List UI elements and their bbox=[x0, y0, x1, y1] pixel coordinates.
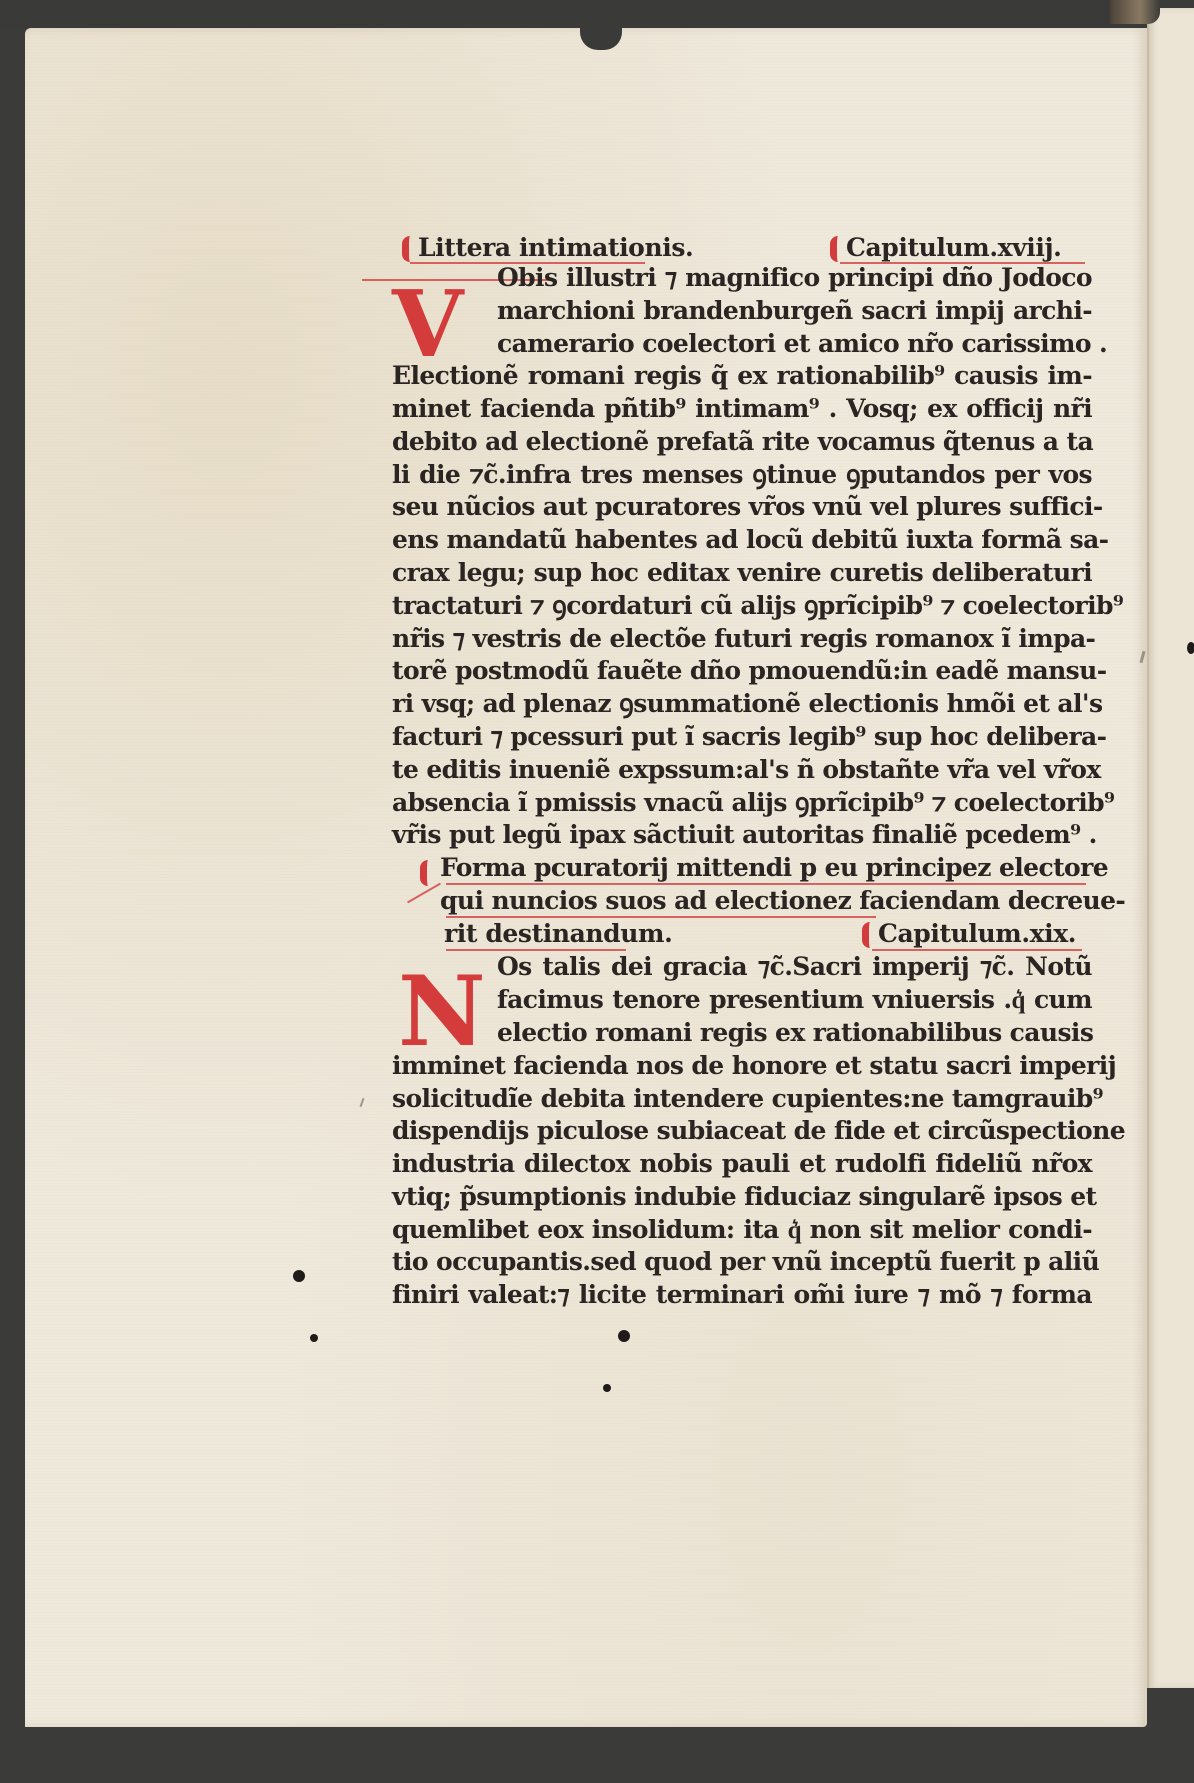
text-line: absencia ĩ pmissis vnacũ alijs ꝯprĩcipib… bbox=[392, 787, 1092, 819]
initial-capital-n: N bbox=[398, 964, 486, 1060]
heading-littera: Littera intimationis. bbox=[418, 232, 693, 264]
text-line: marchioni brandenburgeñ sacri impij arch… bbox=[497, 295, 1092, 327]
text-line: ri vsq; ad plenaz ꝯsummationẽ electionis… bbox=[392, 688, 1092, 720]
text-line: nr̃is ⁊ vestris de electõe futuri regis … bbox=[392, 623, 1092, 655]
text-line: camerario coelectori et amico nr̃o caris… bbox=[497, 328, 1092, 360]
ink-dot bbox=[1187, 642, 1194, 654]
ink-dot bbox=[618, 1330, 630, 1342]
heading-forma-line3: rit destinandum. bbox=[444, 918, 672, 950]
text-line: seu nũcios aut pcuratores vr̃os vnũ vel … bbox=[392, 491, 1092, 523]
text-line: facturi ⁊ pcessuri put ĩ sacris legib⁹ s… bbox=[392, 721, 1092, 753]
heading-forma-line2: qui nuncios suos ad electionez faciendam… bbox=[440, 885, 1092, 917]
paragraph-mark-icon bbox=[862, 922, 879, 948]
text-line: quemlibet eox insolidum: ita q͛ non sit … bbox=[392, 1214, 1092, 1246]
text-line: electio romani regis ex rationabilibus c… bbox=[497, 1017, 1092, 1049]
paragraph-mark-icon bbox=[830, 236, 847, 262]
text-line: tractaturi ⁊ ꝯcordaturi cũ alijs ꝯprĩcip… bbox=[392, 590, 1092, 622]
text-line: ens mandatũ habentes ad locũ debitũ iuxt… bbox=[392, 524, 1092, 556]
text-column: Littera intimationis. Capitulum.xviij. V… bbox=[0, 0, 1194, 1783]
heading-forma-line1: Forma pcuratorij mittendi p eu principez… bbox=[440, 852, 1092, 884]
ink-dot bbox=[293, 1270, 305, 1282]
text-line: crax legu; sup hoc editax venire curetis… bbox=[392, 557, 1092, 589]
rubric-stroke bbox=[407, 883, 441, 904]
text-line: Obis illustri ⁊ magnifico principi dño J… bbox=[497, 262, 1092, 294]
paragraph-mark-icon bbox=[420, 860, 437, 886]
text-line: imminet facienda nos de honore et statu … bbox=[392, 1050, 1092, 1082]
text-line: debito ad electionẽ prefatã rite vocamus… bbox=[392, 426, 1092, 458]
text-line: Electionẽ romani regis q̃ ex rationabili… bbox=[392, 360, 1092, 392]
ink-dot bbox=[603, 1384, 611, 1392]
text-line: torẽ postmodũ fauẽte dño pmouendũ:in ead… bbox=[392, 655, 1092, 687]
text-line: Os talis dei gracia ⁊c̃.Sacri imperij ⁊c… bbox=[497, 951, 1092, 983]
text-line: solicitudĩe debita intendere cupientes:n… bbox=[392, 1083, 1092, 1115]
text-line: vr̃is put legũ ipax sãctiuit autoritas f… bbox=[392, 819, 1092, 851]
text-line: vtiq; p̃sumptionis indubie fiduciaz sing… bbox=[392, 1181, 1092, 1213]
ink-dot bbox=[310, 1334, 318, 1342]
text-line: minet facienda pñtib⁹ intimam⁹ . Vosq; e… bbox=[392, 393, 1092, 425]
text-line: facimus tenore presentium vniuersis .q͛ … bbox=[497, 984, 1092, 1016]
heading-chapter-18: Capitulum.xviij. bbox=[846, 232, 1061, 264]
heading-chapter-19: Capitulum.xix. bbox=[878, 918, 1076, 950]
scanned-book-spread: Littera intimationis. Capitulum.xviij. V… bbox=[0, 0, 1194, 1783]
text-line: dispendijs piculose subiaceat de fide et… bbox=[392, 1115, 1092, 1147]
text-line: tio occupantis.sed quod per vnũ inceptũ … bbox=[392, 1246, 1092, 1278]
text-line: finiri valeat:⁊ licite terminari om̃i iu… bbox=[392, 1279, 1092, 1311]
text-line: li die ⁊c̃.infra tres menses ꝯtinue ꝯput… bbox=[392, 459, 1092, 491]
text-line: industria dilectox nobis pauli et rudolf… bbox=[392, 1148, 1092, 1180]
text-line: te editis inueniẽ expssum:al's ñ obstañt… bbox=[392, 754, 1092, 786]
paragraph-mark-icon bbox=[402, 236, 419, 262]
initial-capital-v: V bbox=[392, 278, 463, 370]
